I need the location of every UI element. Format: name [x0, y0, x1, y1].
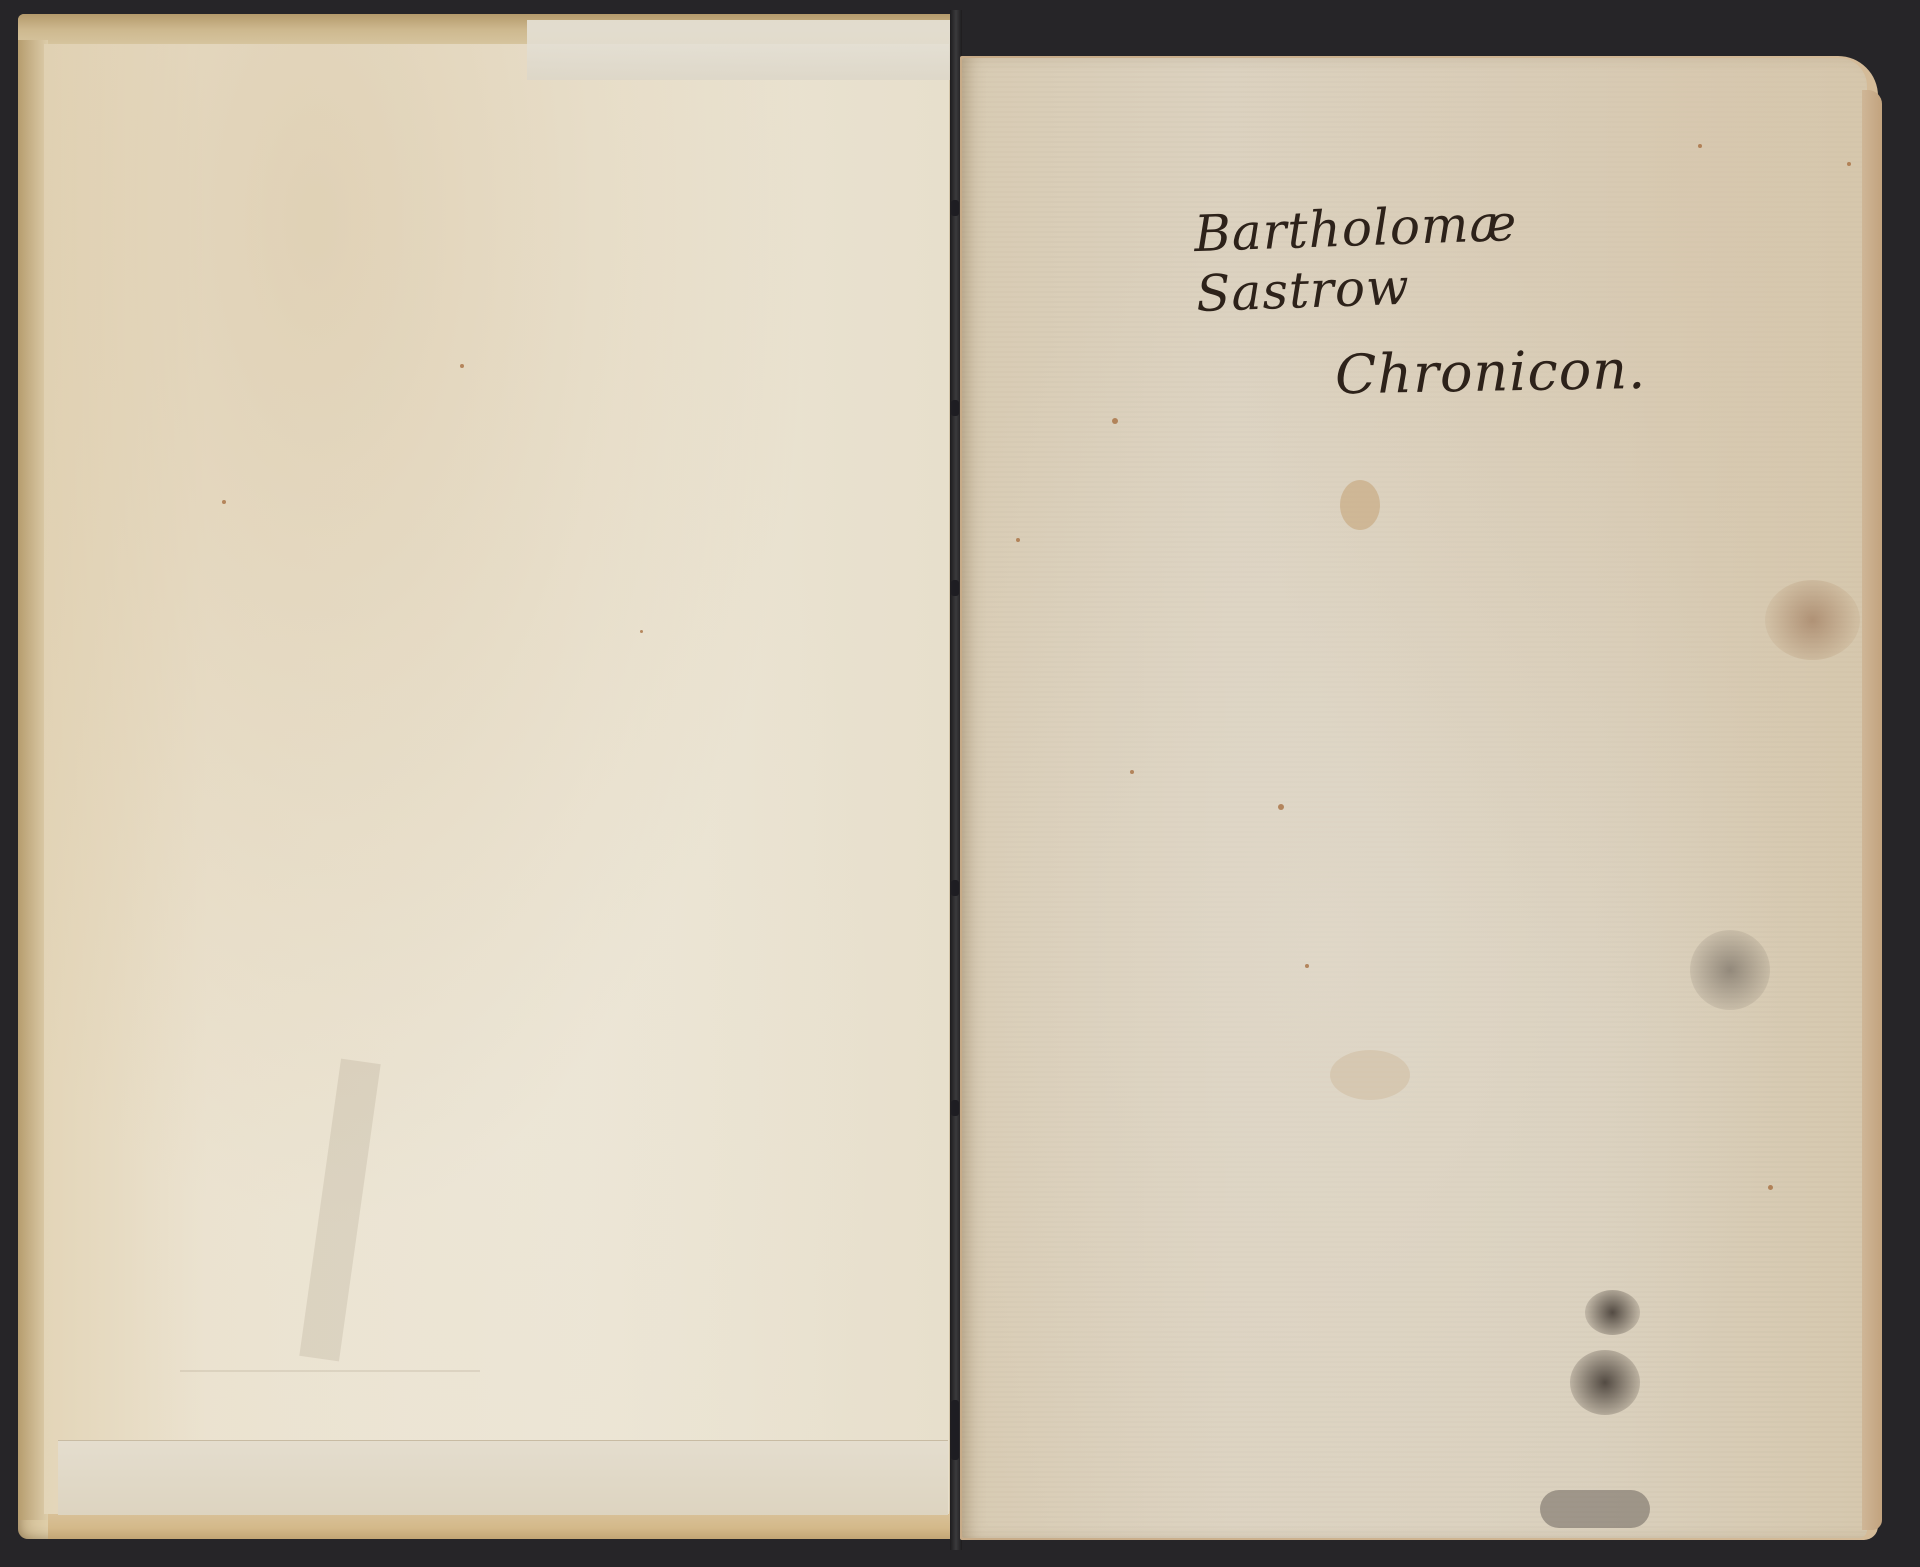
inscription-line-author: Bartholomæ Sastrow [1193, 186, 1717, 324]
water-stain [1340, 480, 1380, 530]
bottom-turn-in-strip [58, 1440, 948, 1515]
ink-smudge [1540, 1490, 1650, 1528]
book-spread: Bartholomæ Sastrow Chronicon. [0, 0, 1920, 1567]
foxing-spot [1112, 418, 1118, 424]
foxing-spot [1278, 804, 1284, 810]
ink-splatter-stain [1765, 580, 1860, 660]
sewing-stitch [951, 880, 959, 896]
foxing-spot [640, 630, 643, 633]
fore-edge [1862, 90, 1882, 1530]
left-pastedown-page [44, 44, 949, 1514]
ink-blot [1690, 930, 1770, 1010]
sewing-stitch [951, 580, 959, 596]
foxing-spot [1847, 162, 1851, 166]
water-stain [1330, 1050, 1410, 1100]
inscription-line-title: Chronicon. [1334, 338, 1715, 407]
foxing-spot [1305, 964, 1309, 968]
foxing-spot [1016, 538, 1020, 542]
sewing-stitch [951, 1400, 959, 1460]
foxing-spot [222, 500, 226, 504]
sewing-stitch [951, 1100, 959, 1116]
ink-blot [1570, 1350, 1640, 1415]
sewing-stitch [951, 200, 959, 216]
sewing-stitch [951, 400, 959, 416]
ink-blot [1585, 1290, 1640, 1335]
paper-crease [180, 1370, 480, 1372]
foxing-spot [1768, 1185, 1773, 1190]
foxing-spot [460, 364, 464, 368]
foxing-spot [1698, 144, 1702, 148]
foxing-spot [1130, 770, 1134, 774]
hinge-guard-strip [527, 20, 957, 80]
handwritten-title: Bartholomæ Sastrow Chronicon. [1195, 195, 1715, 403]
